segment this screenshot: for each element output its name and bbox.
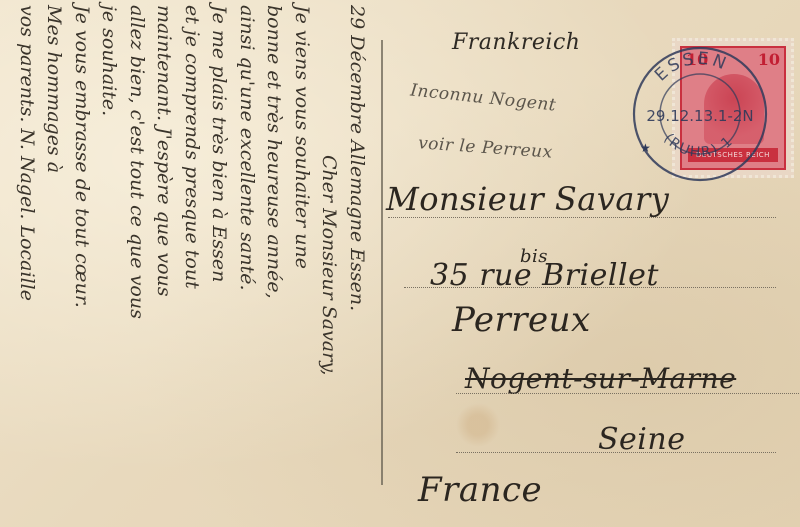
message-line: Je me plais très bien à Essen: [205, 5, 233, 525]
address-line-3: [456, 393, 800, 394]
handwritten-message: 29 Décembre Allemagne Essen. Cher Monsie…: [10, 5, 370, 525]
note-voir: voir le Perreux: [417, 133, 553, 162]
message-salutation: Cher Monsieur Savary,: [315, 5, 343, 525]
svg-text:(RUHR) 1: (RUHR) 1: [660, 131, 737, 161]
postmark-city: ESSEN: [651, 49, 731, 86]
message-line: maintenant. J'espère que vous: [150, 5, 178, 525]
address-line-1: [388, 217, 776, 218]
note-inconnu: Inconnu Nogent: [409, 80, 557, 115]
note-frankreich: Frankreich: [452, 30, 580, 55]
postmark-region: (RUHR) 1: [660, 131, 737, 161]
address-line-4: [456, 452, 776, 453]
message-line: Je vous embrasse de tout cœur.: [68, 5, 96, 525]
message-line: je souhaite.: [95, 5, 123, 525]
message-line: Je viens vous souhaiter une: [288, 5, 316, 525]
postmark-cancellation: ESSEN 29.12.13.1-2N (RUHR) 1 ★: [626, 40, 774, 188]
address-line-2: [404, 287, 776, 288]
message-line: allez bien, c'est tout ce que vous: [123, 5, 151, 525]
message-line: vos parents. N. Nagel. Locaille: [13, 5, 41, 525]
address-country: France: [418, 470, 542, 510]
postcard: 29 Décembre Allemagne Essen. Cher Monsie…: [0, 0, 800, 527]
message-line: Mes hommages à: [40, 5, 68, 525]
message-dateline: 29 Décembre Allemagne Essen.: [343, 5, 371, 525]
postmark-date: 29.12.13.1-2N: [646, 107, 753, 125]
message-line: bonne et très heureuse année,: [260, 5, 288, 525]
center-divider: [381, 40, 383, 485]
message-line: ainsi qu'une excellente santé.: [233, 5, 261, 525]
address-crossed-out: Nogent-sur-Marne: [465, 362, 736, 395]
message-line: et je comprends presque tout: [178, 5, 206, 525]
svg-text:ESSEN: ESSEN: [651, 49, 731, 86]
postmark-icon: ESSEN 29.12.13.1-2N (RUHR) 1 ★: [626, 40, 774, 188]
address-city: Perreux: [452, 300, 591, 340]
svg-text:★: ★: [640, 141, 651, 155]
